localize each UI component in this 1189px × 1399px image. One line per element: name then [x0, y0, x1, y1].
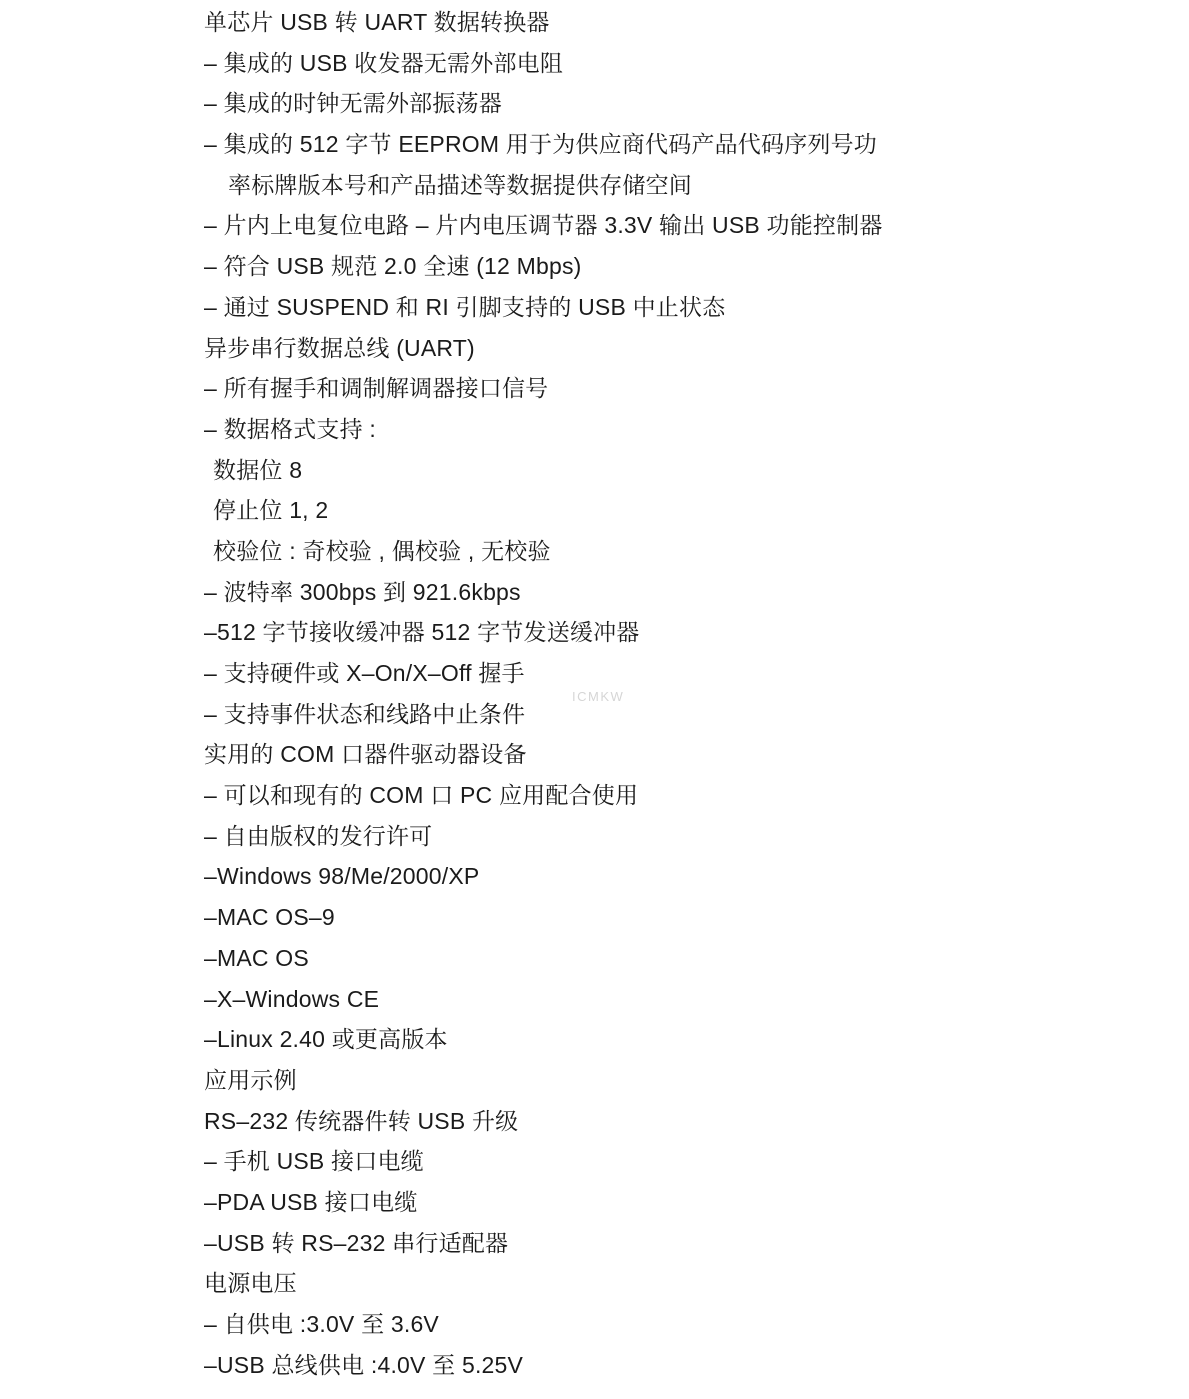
- doc-line: – 支持事件状态和线路中止条件: [204, 694, 1164, 735]
- doc-line: –Windows 98/Me/2000/XP: [204, 856, 1164, 897]
- doc-line: – 数据格式支持 :: [204, 409, 1164, 450]
- doc-section-heading: 应用示例: [204, 1060, 1164, 1101]
- doc-section-heading: 电源电压: [204, 1263, 1164, 1304]
- doc-line: – 手机 USB 接口电缆: [204, 1141, 1164, 1182]
- doc-line: – 自由版权的发行许可: [204, 816, 1164, 857]
- doc-line: – 可以和现有的 COM 口 PC 应用配合使用: [204, 775, 1164, 816]
- doc-line: –MAC OS: [204, 938, 1164, 979]
- doc-section-heading: 实用的 COM 口器件驱动器设备: [204, 734, 1164, 775]
- doc-line: –512 字节接收缓冲器 512 字节发送缓冲器: [204, 612, 1164, 653]
- doc-section-heading: 异步串行数据总线 (UART): [204, 328, 1164, 369]
- doc-line: –PDA USB 接口电缆: [204, 1182, 1164, 1223]
- doc-line: –USB 总线供电 :4.0V 至 5.25V: [204, 1345, 1164, 1386]
- doc-line: –USB 转 RS–232 串行适配器: [204, 1223, 1164, 1264]
- doc-line: – 支持硬件或 X–On/X–Off 握手: [204, 653, 1164, 694]
- doc-line-sub: 校验位 : 奇校验 , 偶校验 , 无校验: [204, 531, 1164, 572]
- doc-title-line: 单芯片 USB 转 UART 数据转换器: [204, 2, 1164, 43]
- doc-line: – 通过 SUSPEND 和 RI 引脚支持的 USB 中止状态: [204, 287, 1164, 328]
- feature-list: 单芯片 USB 转 UART 数据转换器 – 集成的 USB 收发器无需外部电阻…: [204, 2, 1164, 1385]
- doc-section-heading: RS–232 传统器件转 USB 升级: [204, 1101, 1164, 1142]
- doc-line-continuation: 率标牌版本号和产品描述等数据提供存储空间: [204, 165, 1164, 206]
- doc-line: –Linux 2.40 或更高版本: [204, 1019, 1164, 1060]
- doc-line: – 集成的 USB 收发器无需外部电阻: [204, 43, 1164, 84]
- watermark: ICMKW: [572, 689, 624, 704]
- doc-line: – 片内上电复位电路 – 片内电压调节器 3.3V 输出 USB 功能控制器: [204, 205, 1164, 246]
- doc-line-sub: 数据位 8: [204, 450, 1164, 491]
- doc-line: – 所有握手和调制解调器接口信号: [204, 368, 1164, 409]
- doc-line: – 集成的时钟无需外部振荡器: [204, 83, 1164, 124]
- doc-line: – 集成的 512 字节 EEPROM 用于为供应商代码产品代码序列号功: [204, 124, 1164, 165]
- doc-line: – 自供电 :3.0V 至 3.6V: [204, 1304, 1164, 1345]
- doc-line: –X–Windows CE: [204, 979, 1164, 1020]
- doc-line: – 符合 USB 规范 2.0 全速 (12 Mbps): [204, 246, 1164, 287]
- doc-line: – 波特率 300bps 到 921.6kbps: [204, 572, 1164, 613]
- doc-line: –MAC OS–9: [204, 897, 1164, 938]
- doc-line-sub: 停止位 1, 2: [204, 490, 1164, 531]
- scanned-datasheet-page: { "page": { "background_color": "#ffffff…: [0, 0, 1189, 1399]
